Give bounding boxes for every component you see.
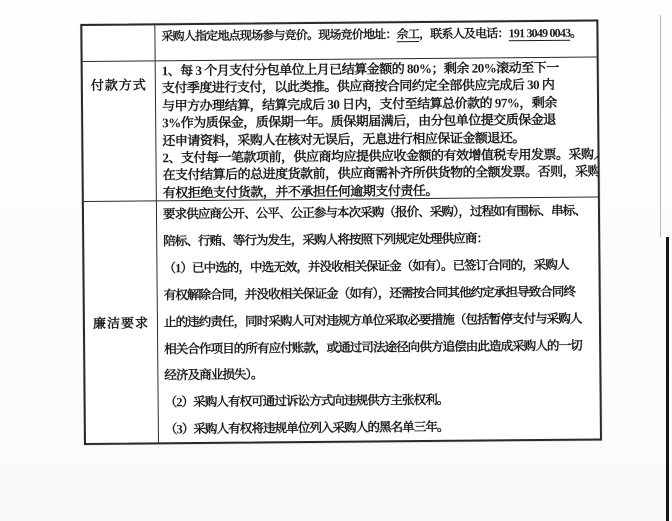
integrity-label: 廉洁要求: [93, 312, 149, 331]
text-line: 经济及商业损失）。: [164, 359, 593, 390]
payment-method-content-cell: 1、每 3 个月支付分包单位上月已结算金额的 80%；剩余 20%滚动至下一 支…: [156, 58, 598, 201]
bidding-info-prefix: 采购人指定地点现场参与竞价。现场竞价地址：: [161, 27, 396, 43]
bidding-info-suffix: 。: [570, 26, 581, 40]
text-line: 有权解除合同，并没收相关保证金（如有），还需按合同其他约定承担导致合同终: [164, 278, 593, 309]
row1-label-cell-empty: [82, 25, 155, 61]
text-line: 止的违约责任，同时采购人可对违规方单位采取必要措施（包括暂停支付与采购人: [164, 305, 593, 336]
table-row-integrity-requirements: 廉洁要求 要求供应商公开、公平、公正参与本次采购（报价、采购），过程如有围标、串…: [84, 197, 600, 443]
table-row-payment-method: 付款方式 1、每 3 个月支付分包单位上月已结算金额的 80%；剩余 20%滚动…: [83, 57, 598, 201]
row1-content-cell: 采购人指定地点现场参与竞价。现场竞价地址：佘工，联系人及电话：191 3049 …: [155, 22, 596, 61]
scan-page-edge-faint-line: [660, 15, 661, 237]
table-row-bidding-info: 采购人指定地点现场参与竞价。现场竞价地址：佘工，联系人及电话：191 3049 …: [82, 22, 596, 61]
contact-name: 佘工: [397, 27, 420, 41]
scanned-document-page: 采购人指定地点现场参与竞价。现场竞价地址：佘工，联系人及电话：191 3049 …: [0, 0, 672, 521]
text-line: 相关合作项目的所有应付账款，或通过司法途径向供方追偿由此造成采购人的一切: [164, 332, 593, 363]
payment-method-label-cell: 付款方式: [83, 61, 157, 201]
scan-page-edge-dark-line: [666, 237, 669, 521]
text-line: （3）采购人有权将违规单位列入采购人的黑名单三年。: [165, 413, 594, 443]
contact-phone: 191 3049 0043: [509, 26, 571, 41]
text-line: 要求供应商公开、公平、公正参与本次采购（报价、采购），过程如有围标、串标、: [163, 198, 592, 229]
procurement-terms-table: 采购人指定地点现场参与竞价。现场竞价地址：佘工，联系人及电话：191 3049 …: [80, 19, 602, 445]
text-line: 陪标、行贿、等行为发生，采购人将按照下列规定处理供应商：: [163, 224, 592, 255]
text-line: （1）已中选的，中选无效，并没收相关保证金（如有）。已签订合同的，采购人: [163, 251, 592, 282]
integrity-content-cell: 要求供应商公开、公平、公正参与本次采购（报价、采购），过程如有围标、串标、 陪标…: [157, 198, 600, 443]
text-line: （2）采购人有权可通过诉讼方式向违规供方主张权利。: [165, 386, 594, 417]
payment-method-label: 付款方式: [91, 74, 147, 93]
bidding-info-line: 采购人指定地点现场参与竞价。现场竞价地址：佘工，联系人及电话：191 3049 …: [161, 25, 590, 45]
integrity-label-cell: 廉洁要求: [84, 201, 159, 443]
bidding-info-middle: ，联系人及电话：: [419, 26, 509, 41]
